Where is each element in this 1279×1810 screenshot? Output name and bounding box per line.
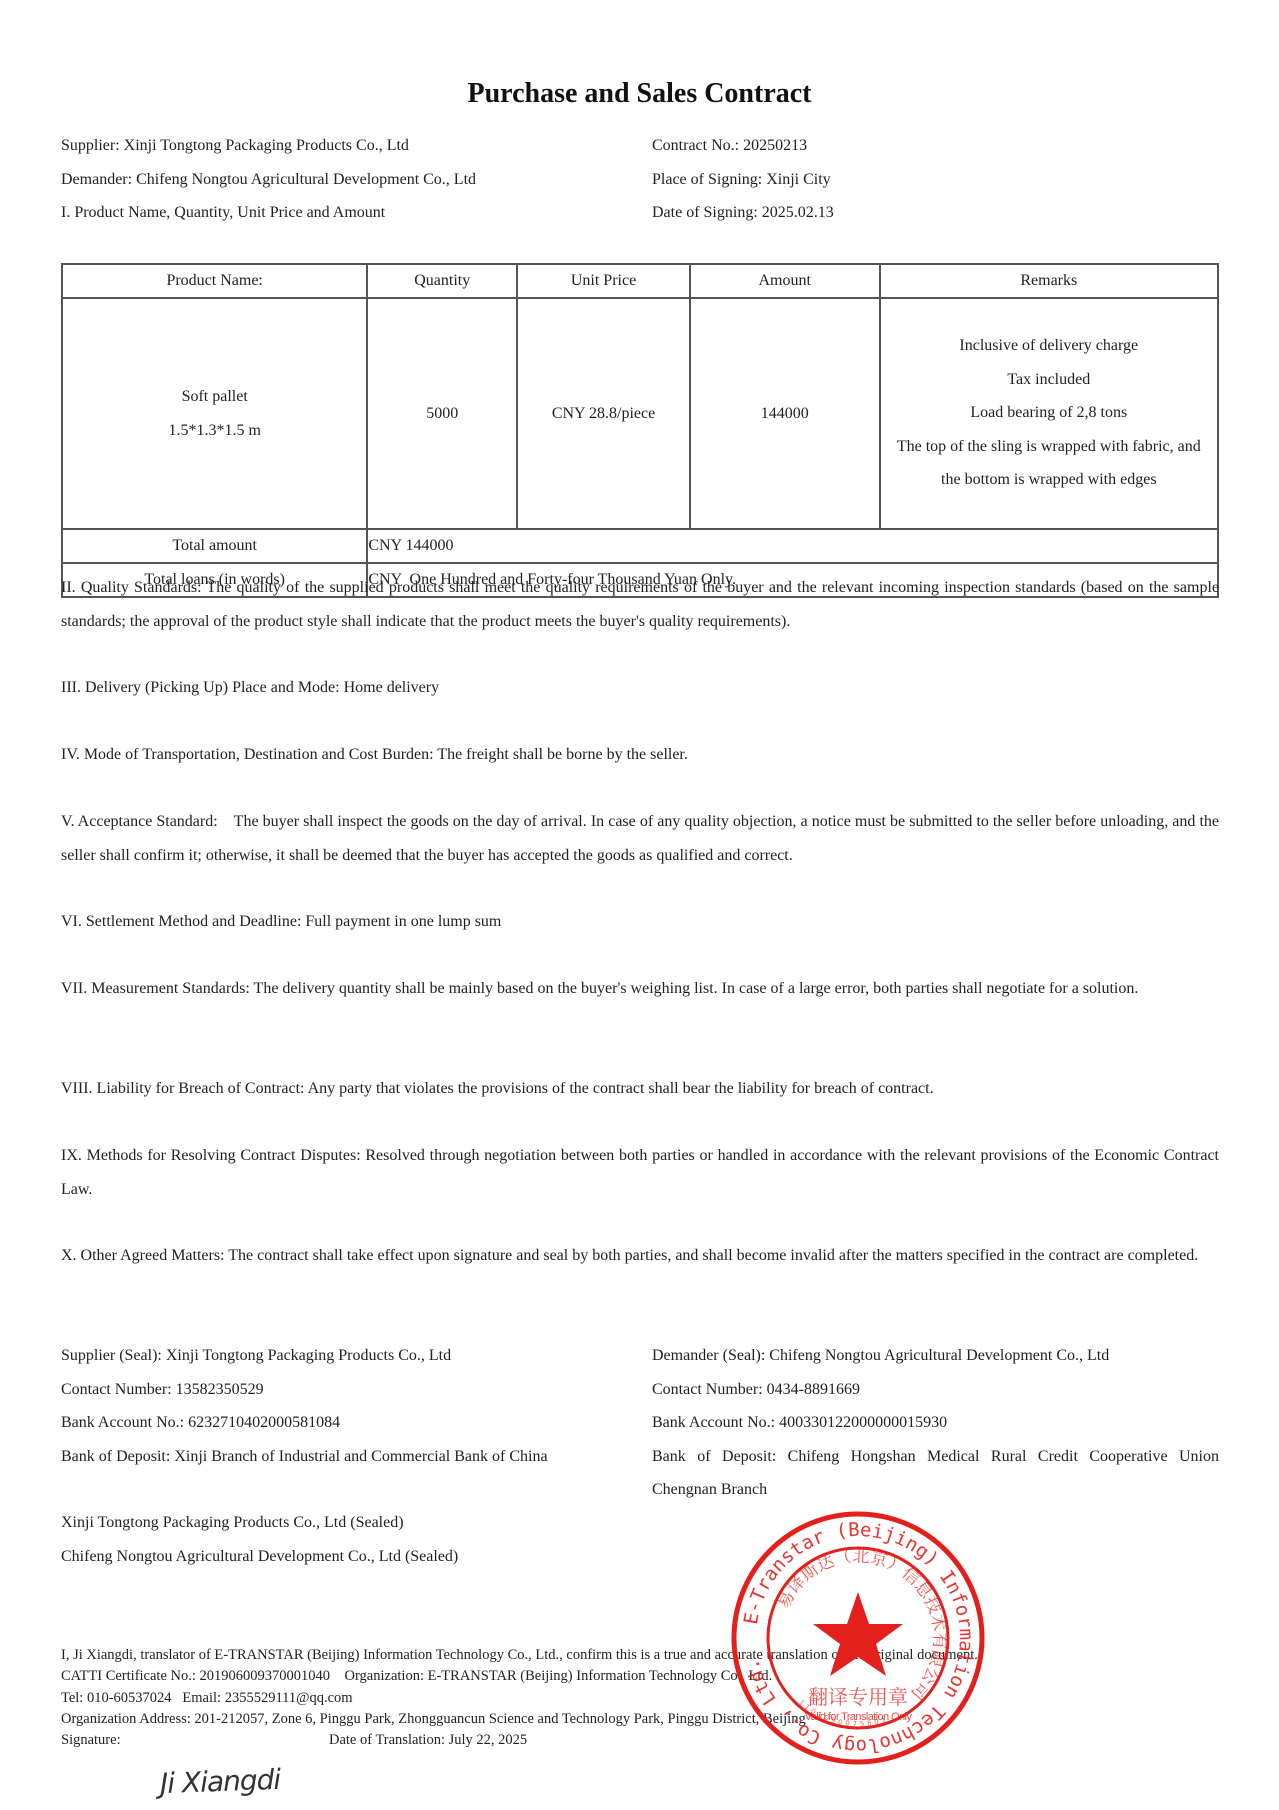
quantity-cell: 5000	[367, 298, 517, 529]
translator-contact: Tel: 010-60537024 Email: 2355529111@qq.c…	[61, 1688, 978, 1709]
total-amount-row: Total amount CNY 144000	[62, 529, 1218, 563]
section-1-heading: I. Product Name, Quantity, Unit Price an…	[61, 203, 385, 223]
signature-row: Signature: Date of Translation: July 22,…	[61, 1730, 978, 1751]
clause-liability: VIII. Liability for Breach of Contract: …	[61, 1072, 1219, 1106]
clause-delivery: III. Delivery (Picking Up) Place and Mod…	[61, 671, 1219, 705]
supplier-contact: Contact Number: 13582350529	[61, 1373, 548, 1407]
column-header: Remarks	[880, 264, 1218, 298]
contract-number: Contract No.: 20250213	[652, 136, 807, 156]
total-amount-label: Total amount	[62, 529, 367, 563]
demander-contact: Contact Number: 0434-8891669	[652, 1373, 1219, 1407]
clause-disputes: IX. Methods for Resolving Contract Dispu…	[61, 1139, 1219, 1206]
column-header: Unit Price	[517, 264, 690, 298]
supplier-bank-deposit: Bank of Deposit: Xinji Branch of Industr…	[61, 1440, 548, 1474]
translator-certification: I, Ji Xiangdi, translator of E-TRANSTAR …	[61, 1645, 978, 1751]
sealed-lines: Xinji Tongtong Packaging Products Co., L…	[61, 1506, 458, 1573]
translator-signature: Ji Xiangdi	[159, 1763, 280, 1800]
clause-acceptance: V. Acceptance Standard: The buyer shall …	[61, 805, 1219, 872]
column-header: Product Name:	[62, 264, 367, 298]
remark-line: Load bearing of 2,8 tons	[881, 396, 1217, 430]
translation-date: Date of Translation: July 22, 2025	[329, 1730, 527, 1751]
translator-statement: I, Ji Xiangdi, translator of E-TRANSTAR …	[61, 1645, 978, 1666]
demander-bank-account: Bank Account No.: 400330122000000015930	[652, 1406, 1219, 1440]
remark-line: Inclusive of delivery charge	[881, 329, 1217, 363]
remark-line: the bottom is wrapped with edges	[881, 463, 1217, 497]
total-amount-value: CNY 144000	[367, 529, 1218, 563]
table-header-row: Product Name: Quantity Unit Price Amount…	[62, 264, 1218, 298]
amount-cell: 144000	[690, 298, 880, 529]
date-of-signing: Date of Signing: 2025.02.13	[652, 203, 834, 223]
supplier-sealed: Xinji Tongtong Packaging Products Co., L…	[61, 1506, 458, 1540]
unit-price-cell: CNY 28.8/piece	[517, 298, 690, 529]
clause-settlement: VI. Settlement Method and Deadline: Full…	[61, 905, 1219, 939]
signature-label: Signature:	[61, 1732, 121, 1748]
clause-other-matters: X. Other Agreed Matters: The contract sh…	[61, 1239, 1219, 1273]
column-header: Amount	[690, 264, 880, 298]
demander-seal: Demander (Seal): Chifeng Nongtou Agricul…	[652, 1339, 1219, 1373]
demander-bank-deposit: Bank of Deposit: Chifeng Hongshan Medica…	[652, 1440, 1219, 1507]
clause-measurement: VII. Measurement Standards: The delivery…	[61, 972, 1219, 1006]
column-header: Quantity	[367, 264, 517, 298]
document-title: Purchase and Sales Contract	[0, 78, 1279, 110]
translator-address: Organization Address: 201-212057, Zone 6…	[61, 1709, 978, 1730]
supplier-block: Supplier (Seal): Xinji Tongtong Packagin…	[61, 1339, 548, 1473]
clause-transportation: IV. Mode of Transportation, Destination …	[61, 738, 1219, 772]
product-name: Soft pallet	[63, 380, 366, 414]
remark-line: The top of the sling is wrapped with fab…	[881, 430, 1217, 464]
supplier-bank-account: Bank Account No.: 6232710402000581084	[61, 1406, 548, 1440]
product-size: 1.5*1.3*1.5 m	[63, 414, 366, 448]
product-name-cell: Soft pallet 1.5*1.3*1.5 m	[62, 298, 367, 529]
product-table: Product Name: Quantity Unit Price Amount…	[61, 263, 1219, 598]
demander-line: Demander: Chifeng Nongtou Agricultural D…	[61, 170, 476, 190]
demander-sealed: Chifeng Nongtou Agricultural Development…	[61, 1540, 458, 1574]
translator-certificate: CATTI Certificate No.: 20190600937000104…	[61, 1666, 978, 1687]
supplier-seal: Supplier (Seal): Xinji Tongtong Packagin…	[61, 1339, 548, 1373]
clause-quality-standards: II. Quality Standards: The quality of th…	[61, 571, 1219, 638]
remark-line: Tax included	[881, 363, 1217, 397]
demander-block: Demander (Seal): Chifeng Nongtou Agricul…	[652, 1339, 1219, 1507]
table-row: Soft pallet 1.5*1.3*1.5 m 5000 CNY 28.8/…	[62, 298, 1218, 529]
place-of-signing: Place of Signing: Xinji City	[652, 170, 831, 190]
supplier-line: Supplier: Xinji Tongtong Packaging Produ…	[61, 136, 409, 156]
remarks-cell: Inclusive of delivery charge Tax include…	[880, 298, 1218, 529]
